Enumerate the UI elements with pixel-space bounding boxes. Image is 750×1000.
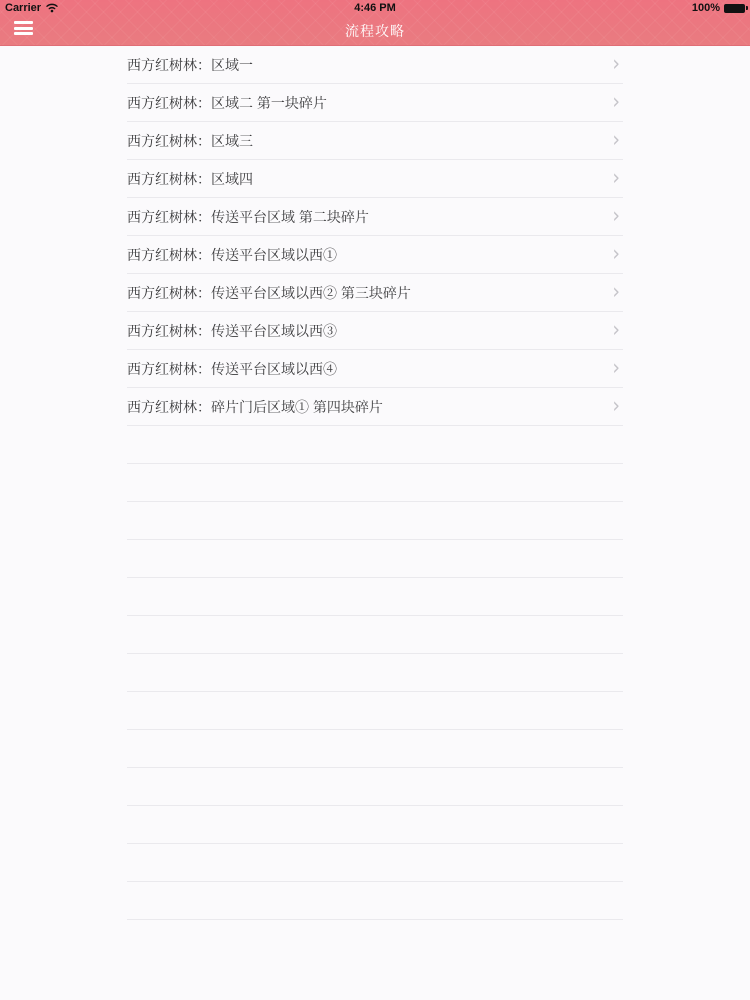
list-item-label: 西方红树林：传送平台区域以西② 第三块碎片 <box>127 283 411 303</box>
chevron-right-icon: › <box>612 92 623 113</box>
list-item[interactable]: 西方红树林：区域一› <box>127 46 623 84</box>
empty-list-row <box>127 578 623 616</box>
empty-list-row <box>127 692 623 730</box>
clock: 4:46 PM <box>0 2 750 14</box>
empty-list-row <box>127 464 623 502</box>
chevron-right-icon: › <box>612 168 623 189</box>
chevron-right-icon: › <box>612 358 623 379</box>
empty-list-row <box>127 730 623 768</box>
list-container: 西方红树林：区域一›西方红树林：区域二 第一块碎片›西方红树林：区域三›西方红树… <box>0 46 750 920</box>
chevron-right-icon: › <box>612 206 623 227</box>
list-item[interactable]: 西方红树林：传送平台区域 第二块碎片› <box>127 198 623 236</box>
list-item[interactable]: 西方红树林：碎片门后区域① 第四块碎片› <box>127 388 623 426</box>
chevron-right-icon: › <box>612 54 623 75</box>
list-item[interactable]: 西方红树林：传送平台区域以西①› <box>127 236 623 274</box>
chevron-right-icon: › <box>612 320 623 341</box>
empty-list-row <box>127 426 623 464</box>
empty-list-row <box>127 616 623 654</box>
chevron-right-icon: › <box>612 244 623 265</box>
guide-list: 西方红树林：区域一›西方红树林：区域二 第一块碎片›西方红树林：区域三›西方红树… <box>127 46 623 920</box>
chevron-right-icon: › <box>612 282 623 303</box>
empty-list-row <box>127 540 623 578</box>
list-item-label: 西方红树林：碎片门后区域① 第四块碎片 <box>127 397 383 417</box>
empty-list-row <box>127 882 623 920</box>
chevron-right-icon: › <box>612 396 623 417</box>
empty-list-row <box>127 768 623 806</box>
status-bar: Carrier 4:46 PM 100% <box>0 0 750 16</box>
empty-list-row <box>127 502 623 540</box>
list-item-label: 西方红树林：区域一 <box>127 55 253 75</box>
battery-icon <box>724 4 745 13</box>
list-item-label: 西方红树林：区域四 <box>127 169 253 189</box>
list-item[interactable]: 西方红树林：区域三› <box>127 122 623 160</box>
list-item[interactable]: 西方红树林：传送平台区域以西② 第三块碎片› <box>127 274 623 312</box>
page-title: 流程攻略 <box>0 21 750 41</box>
app-screen: Carrier 4:46 PM 100% <box>0 0 750 920</box>
list-item-label: 西方红树林：区域二 第一块碎片 <box>127 93 327 113</box>
list-item-label: 西方红树林：传送平台区域以西④ <box>127 359 337 379</box>
list-item[interactable]: 西方红树林：传送平台区域以西③› <box>127 312 623 350</box>
header: Carrier 4:46 PM 100% <box>0 0 750 46</box>
list-item[interactable]: 西方红树林：传送平台区域以西④› <box>127 350 623 388</box>
chevron-right-icon: › <box>612 130 623 151</box>
list-item-label: 西方红树林：区域三 <box>127 131 253 151</box>
list-item-label: 西方红树林：传送平台区域以西③ <box>127 321 337 341</box>
empty-list-row <box>127 654 623 692</box>
list-item[interactable]: 西方红树林：区域四› <box>127 160 623 198</box>
empty-list-row <box>127 844 623 882</box>
nav-bar: 流程攻略 <box>0 16 750 46</box>
empty-list-row <box>127 806 623 844</box>
list-item-label: 西方红树林：传送平台区域 第二块碎片 <box>127 207 369 227</box>
list-item[interactable]: 西方红树林：区域二 第一块碎片› <box>127 84 623 122</box>
list-item-label: 西方红树林：传送平台区域以西① <box>127 245 337 265</box>
